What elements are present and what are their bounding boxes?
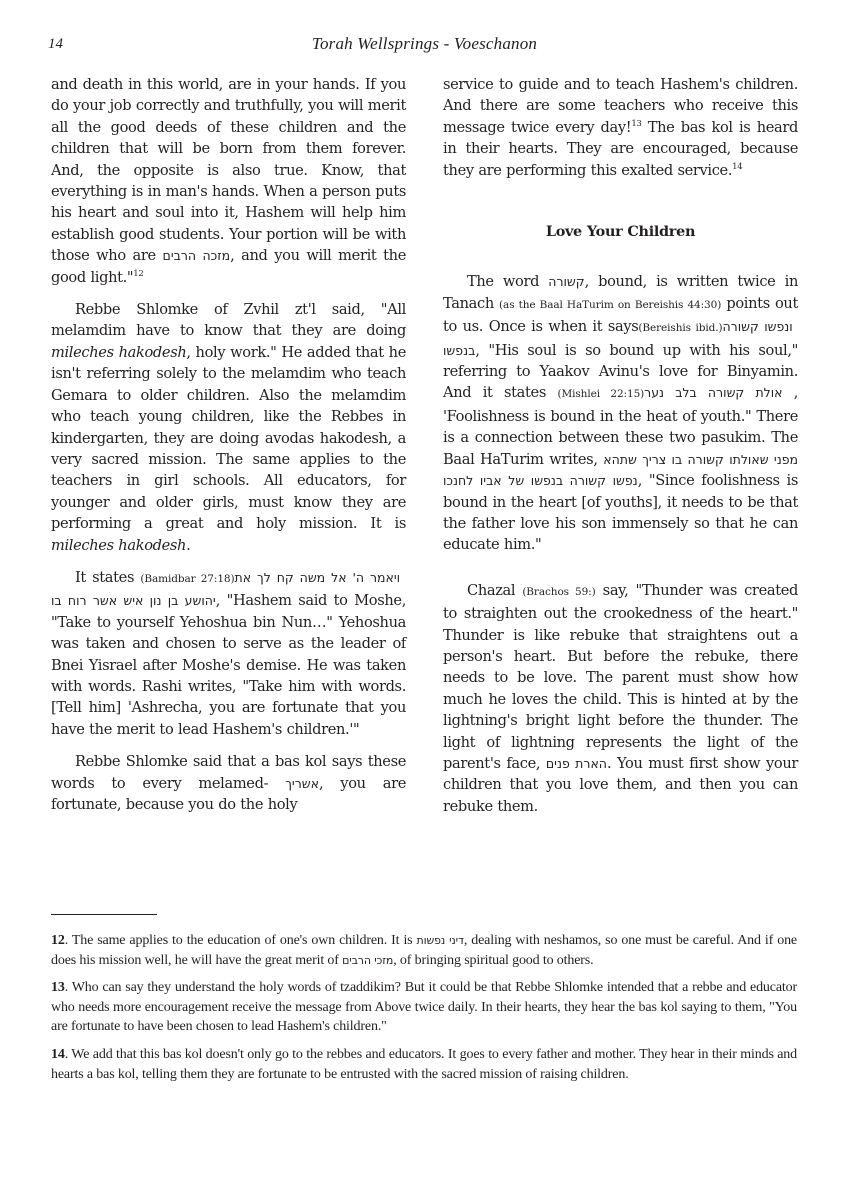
footnote-number: 12: [51, 933, 65, 948]
hebrew-text: אולת קשורה בלב נער: [644, 385, 794, 400]
footnote-ref[interactable]: 13: [631, 119, 641, 129]
footnote-divider: [51, 914, 157, 915]
text: say, "Thunder was created to straighten …: [443, 582, 798, 772]
paragraph: Chazal (Brachos 59:) say, "Thunder was c…: [443, 580, 798, 817]
text: , "Hashem said to Moshe, "Take to yourse…: [51, 592, 406, 737]
text: Chazal: [467, 582, 522, 599]
text: .: [186, 537, 190, 554]
text: , holy work." He added that he isn't ref…: [51, 344, 406, 532]
source-reference: (Bamidbar 27:18): [140, 573, 234, 585]
text: . The same applies to the education of o…: [65, 933, 417, 948]
text: . We add that this bas kol doesn't only …: [51, 1047, 797, 1082]
hebrew-text: מזכי הרבים: [342, 954, 393, 967]
text: . Who can say they understand the holy w…: [51, 980, 797, 1034]
running-title: Torah Wellsprings - Voeschanon: [48, 34, 801, 54]
source-reference: (Brachos 59:): [522, 586, 595, 598]
paragraph: service to guide and to teach Hashem's c…: [443, 74, 798, 181]
paragraph: Rebbe Shlomke of Zvhil zt'l said, "All m…: [51, 299, 406, 556]
text: Rebbe Shlomke of Zvhil zt'l said, "All m…: [51, 301, 406, 339]
paragraph: The word קשורה, bound, is written twice …: [443, 271, 798, 555]
paragraph: It states (Bamidbar 27:18) ויאמר ה' אל מ…: [51, 567, 406, 740]
footnote-ref[interactable]: 14: [732, 162, 742, 172]
footnote-number: 13: [51, 980, 65, 995]
section-heading: Love Your Children: [443, 221, 798, 242]
text: and death in this world, are in your han…: [51, 76, 406, 264]
hebrew-text: דיני נפשות: [417, 934, 464, 947]
source-reference: (Mishlei 22:15): [557, 388, 644, 400]
footnote-12: 12. The same applies to the education of…: [51, 931, 797, 970]
footnote-13: 13. Who can say they understand the holy…: [51, 978, 797, 1037]
hebrew-text: אשריך: [285, 776, 319, 791]
paragraph: and death in this world, are in your han…: [51, 74, 406, 288]
left-column: and death in this world, are in your han…: [51, 74, 406, 826]
right-column: service to guide and to teach Hashem's c…: [443, 74, 798, 828]
text: The word: [467, 273, 548, 290]
italic-term: mileches hakodesh: [51, 344, 186, 361]
hebrew-text: מזכה הרבים: [163, 248, 231, 263]
source-reference: (as the Baal HaTurim on Bereishis 44:30): [499, 299, 721, 311]
source-reference: (Bereishis ibid.): [638, 322, 722, 334]
text: It states: [75, 569, 140, 586]
text: , of bringing spiritual good to others.: [393, 953, 593, 968]
italic-term: mileches hakodesh: [51, 537, 186, 554]
footnote-number: 14: [51, 1047, 65, 1062]
footnotes: 12. The same applies to the education of…: [51, 931, 797, 1092]
hebrew-text: הארת פנים: [546, 756, 607, 771]
hebrew-text: קשורה: [548, 274, 584, 289]
footnote-14: 14. We add that this bas kol doesn't onl…: [51, 1045, 797, 1084]
footnote-ref[interactable]: 12: [133, 269, 143, 279]
paragraph: Rebbe Shlomke said that a bas kol says t…: [51, 751, 406, 815]
page-header: 14 Torah Wellsprings - Voeschanon: [48, 36, 801, 56]
